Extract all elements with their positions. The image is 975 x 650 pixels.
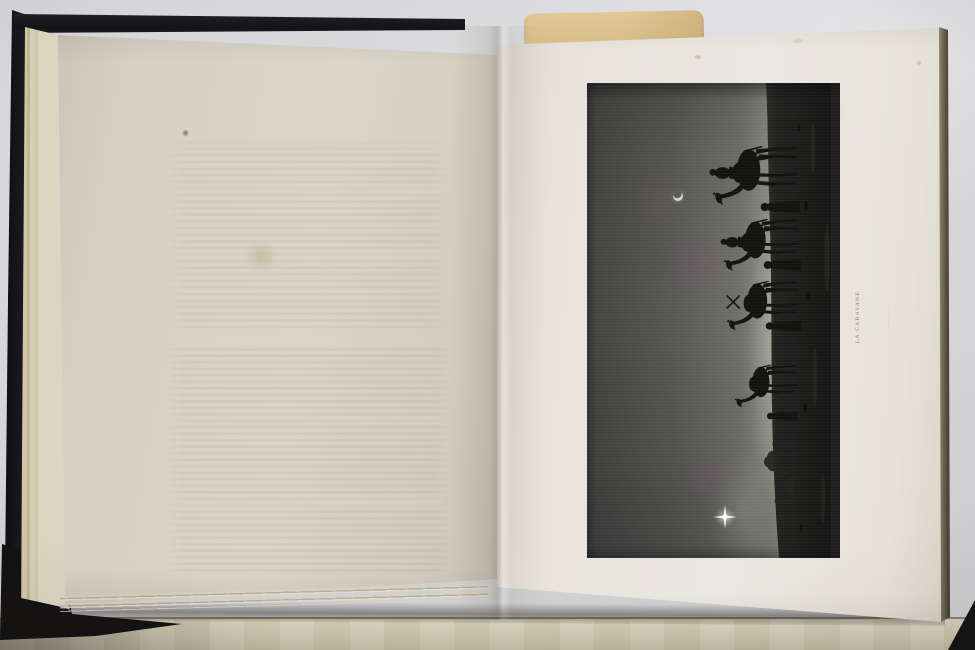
camel-caravan-engraving [587, 83, 840, 558]
engraved-plate-rotated [587, 83, 840, 558]
page-edge-stack [18, 20, 66, 618]
plate-caption: LA CARAVANE [853, 277, 863, 357]
engraver-credit-microtext: ·· ····· ··· [837, 80, 845, 140]
foxing-stain [182, 129, 189, 137]
text-showthrough-upper [167, 141, 447, 333]
foxing-spot [695, 55, 701, 59]
left-blank-page [55, 33, 499, 608]
book-cover-top-edge [10, 12, 465, 34]
desert-ground [766, 83, 840, 558]
publisher-microtext: · ·· ····· ·· · [884, 278, 892, 358]
crescent-moon [669, 187, 687, 205]
foxing-spot [793, 39, 803, 43]
photo-open-book: LA CARAVANE ·· ····· ··· · ·· ····· ·· · [0, 0, 975, 650]
foxing-spot [917, 61, 921, 65]
lens-flare [661, 231, 729, 299]
tan-stain [243, 243, 279, 271]
right-plate-page: LA CARAVANE ·· ····· ··· · ·· ····· ·· · [497, 25, 941, 625]
text-showthrough-lower [167, 348, 450, 574]
engraving-upright-view [587, 83, 840, 558]
